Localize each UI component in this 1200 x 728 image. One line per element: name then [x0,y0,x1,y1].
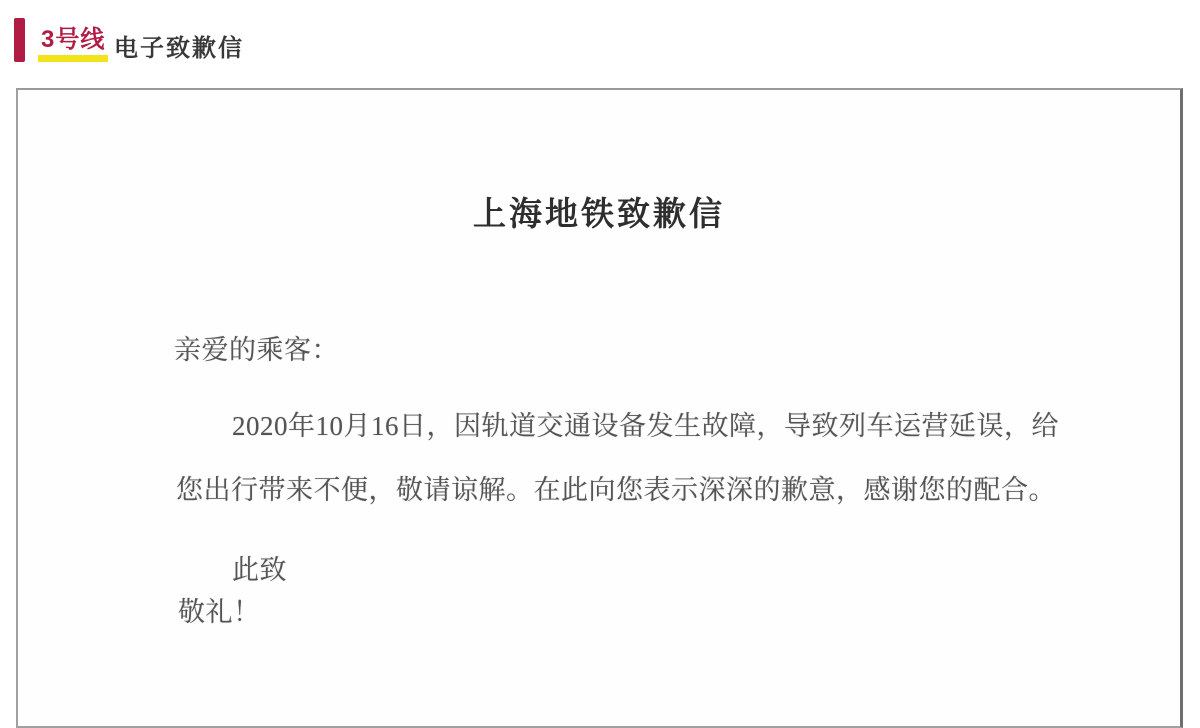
accent-bar [14,18,25,62]
letter-title: 上海地铁致歉信 [18,188,1180,235]
letter-body: 上海地铁致歉信 亲爱的乘客： 2020年10月16日，因轨道交通设备发生故障，导… [18,90,1180,628]
letter-closing-salute: 敬礼！ [178,590,261,628]
page-header: 3号线 电子致歉信 [0,0,1200,88]
metro-line-badge: 3号线 [38,27,108,62]
letter-closing-regards: 此致 [232,548,287,587]
letter-salutation: 亲爱的乘客： [174,328,339,367]
apology-letter-document: 上海地铁致歉信 亲爱的乘客： 2020年10月16日，因轨道交通设备发生故障，导… [16,88,1183,628]
letter-paragraph-line: 您出行带来不便，敬请谅解。在此向您表示深深的歉意，感谢您的配合。 [176,468,1056,507]
letter-paragraph-line: 2020年10月16日，因轨道交通设备发生故障，导致列车运营延误，给 [232,404,1059,443]
page-title: 电子致歉信 [114,28,244,63]
